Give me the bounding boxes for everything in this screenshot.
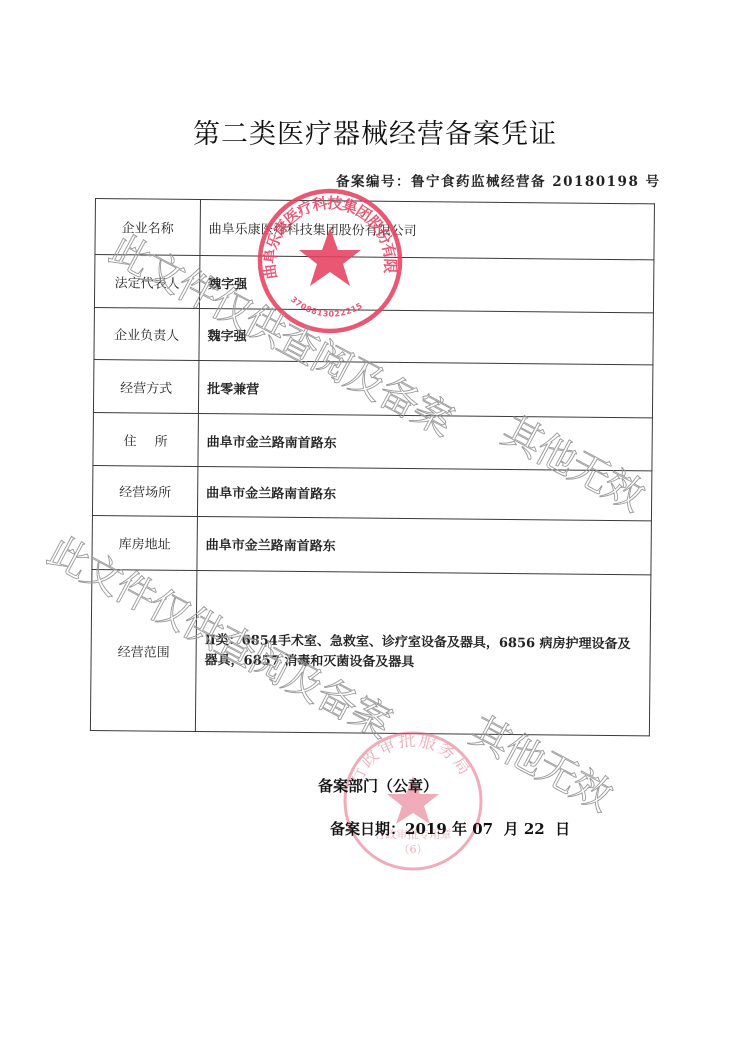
company-seal: 曲阜乐康医疗科技集团股份有限公司 3708813022215	[255, 186, 405, 336]
table-row: 库房地址 曲阜市金兰路南首路东	[92, 515, 651, 574]
date-label: 备案日期：	[330, 820, 405, 838]
table-row: 住所 曲阜市金兰路南首路东	[93, 412, 652, 470]
domicile: 曲阜市金兰路南首路东	[198, 414, 652, 471]
record-number-value: 鲁宁食药监械经营备 20180198 号	[411, 174, 661, 190]
authority-seal: 行政审批服务局 行政审批专用章 （6）	[338, 726, 488, 876]
date-month: 07	[472, 820, 493, 838]
row-label: 经营场所	[92, 465, 197, 516]
warehouse-address: 曲阜市金兰路南首路东	[197, 516, 651, 574]
table-row: 经营范围 Ⅱ类：6854手术室、急救室、诊疗室设备及器具，6856 病房护理设备…	[90, 569, 651, 735]
row-label: 企业负责人	[94, 307, 199, 360]
row-label: 库房地址	[92, 515, 198, 570]
table-row: 经营场所 曲阜市金兰路南首路东	[92, 465, 651, 520]
filing-department: 备案部门（公章）	[318, 775, 438, 796]
svg-text:3708813022215: 3708813022215	[289, 295, 364, 319]
business-scope: Ⅱ类：6854手术室、急救室、诊疗室设备及器具，6856 病房护理设备及器具，6…	[195, 570, 651, 735]
star-icon	[299, 228, 361, 286]
filing-date: 备案日期：2019 年 07 月 22 日	[330, 818, 570, 839]
row-label: 住所	[106, 434, 186, 450]
business-mode: 批零兼营	[198, 361, 652, 418]
row-label: 经营范围	[90, 569, 197, 731]
table-row: 经营方式 批零兼营	[93, 359, 652, 417]
business-premises: 曲阜市金兰路南首路东	[197, 467, 651, 521]
row-label: 法定代表人	[94, 255, 200, 309]
row-label: 经营方式	[93, 359, 199, 413]
seal-code: 3708813022215	[289, 295, 364, 319]
document-title: 第二类医疗器械经营备案凭证	[0, 112, 750, 151]
date-day: 22	[524, 820, 545, 838]
row-label: 企业名称	[95, 199, 201, 256]
seal-number: （6）	[399, 843, 428, 856]
date-year: 2019	[405, 820, 447, 838]
